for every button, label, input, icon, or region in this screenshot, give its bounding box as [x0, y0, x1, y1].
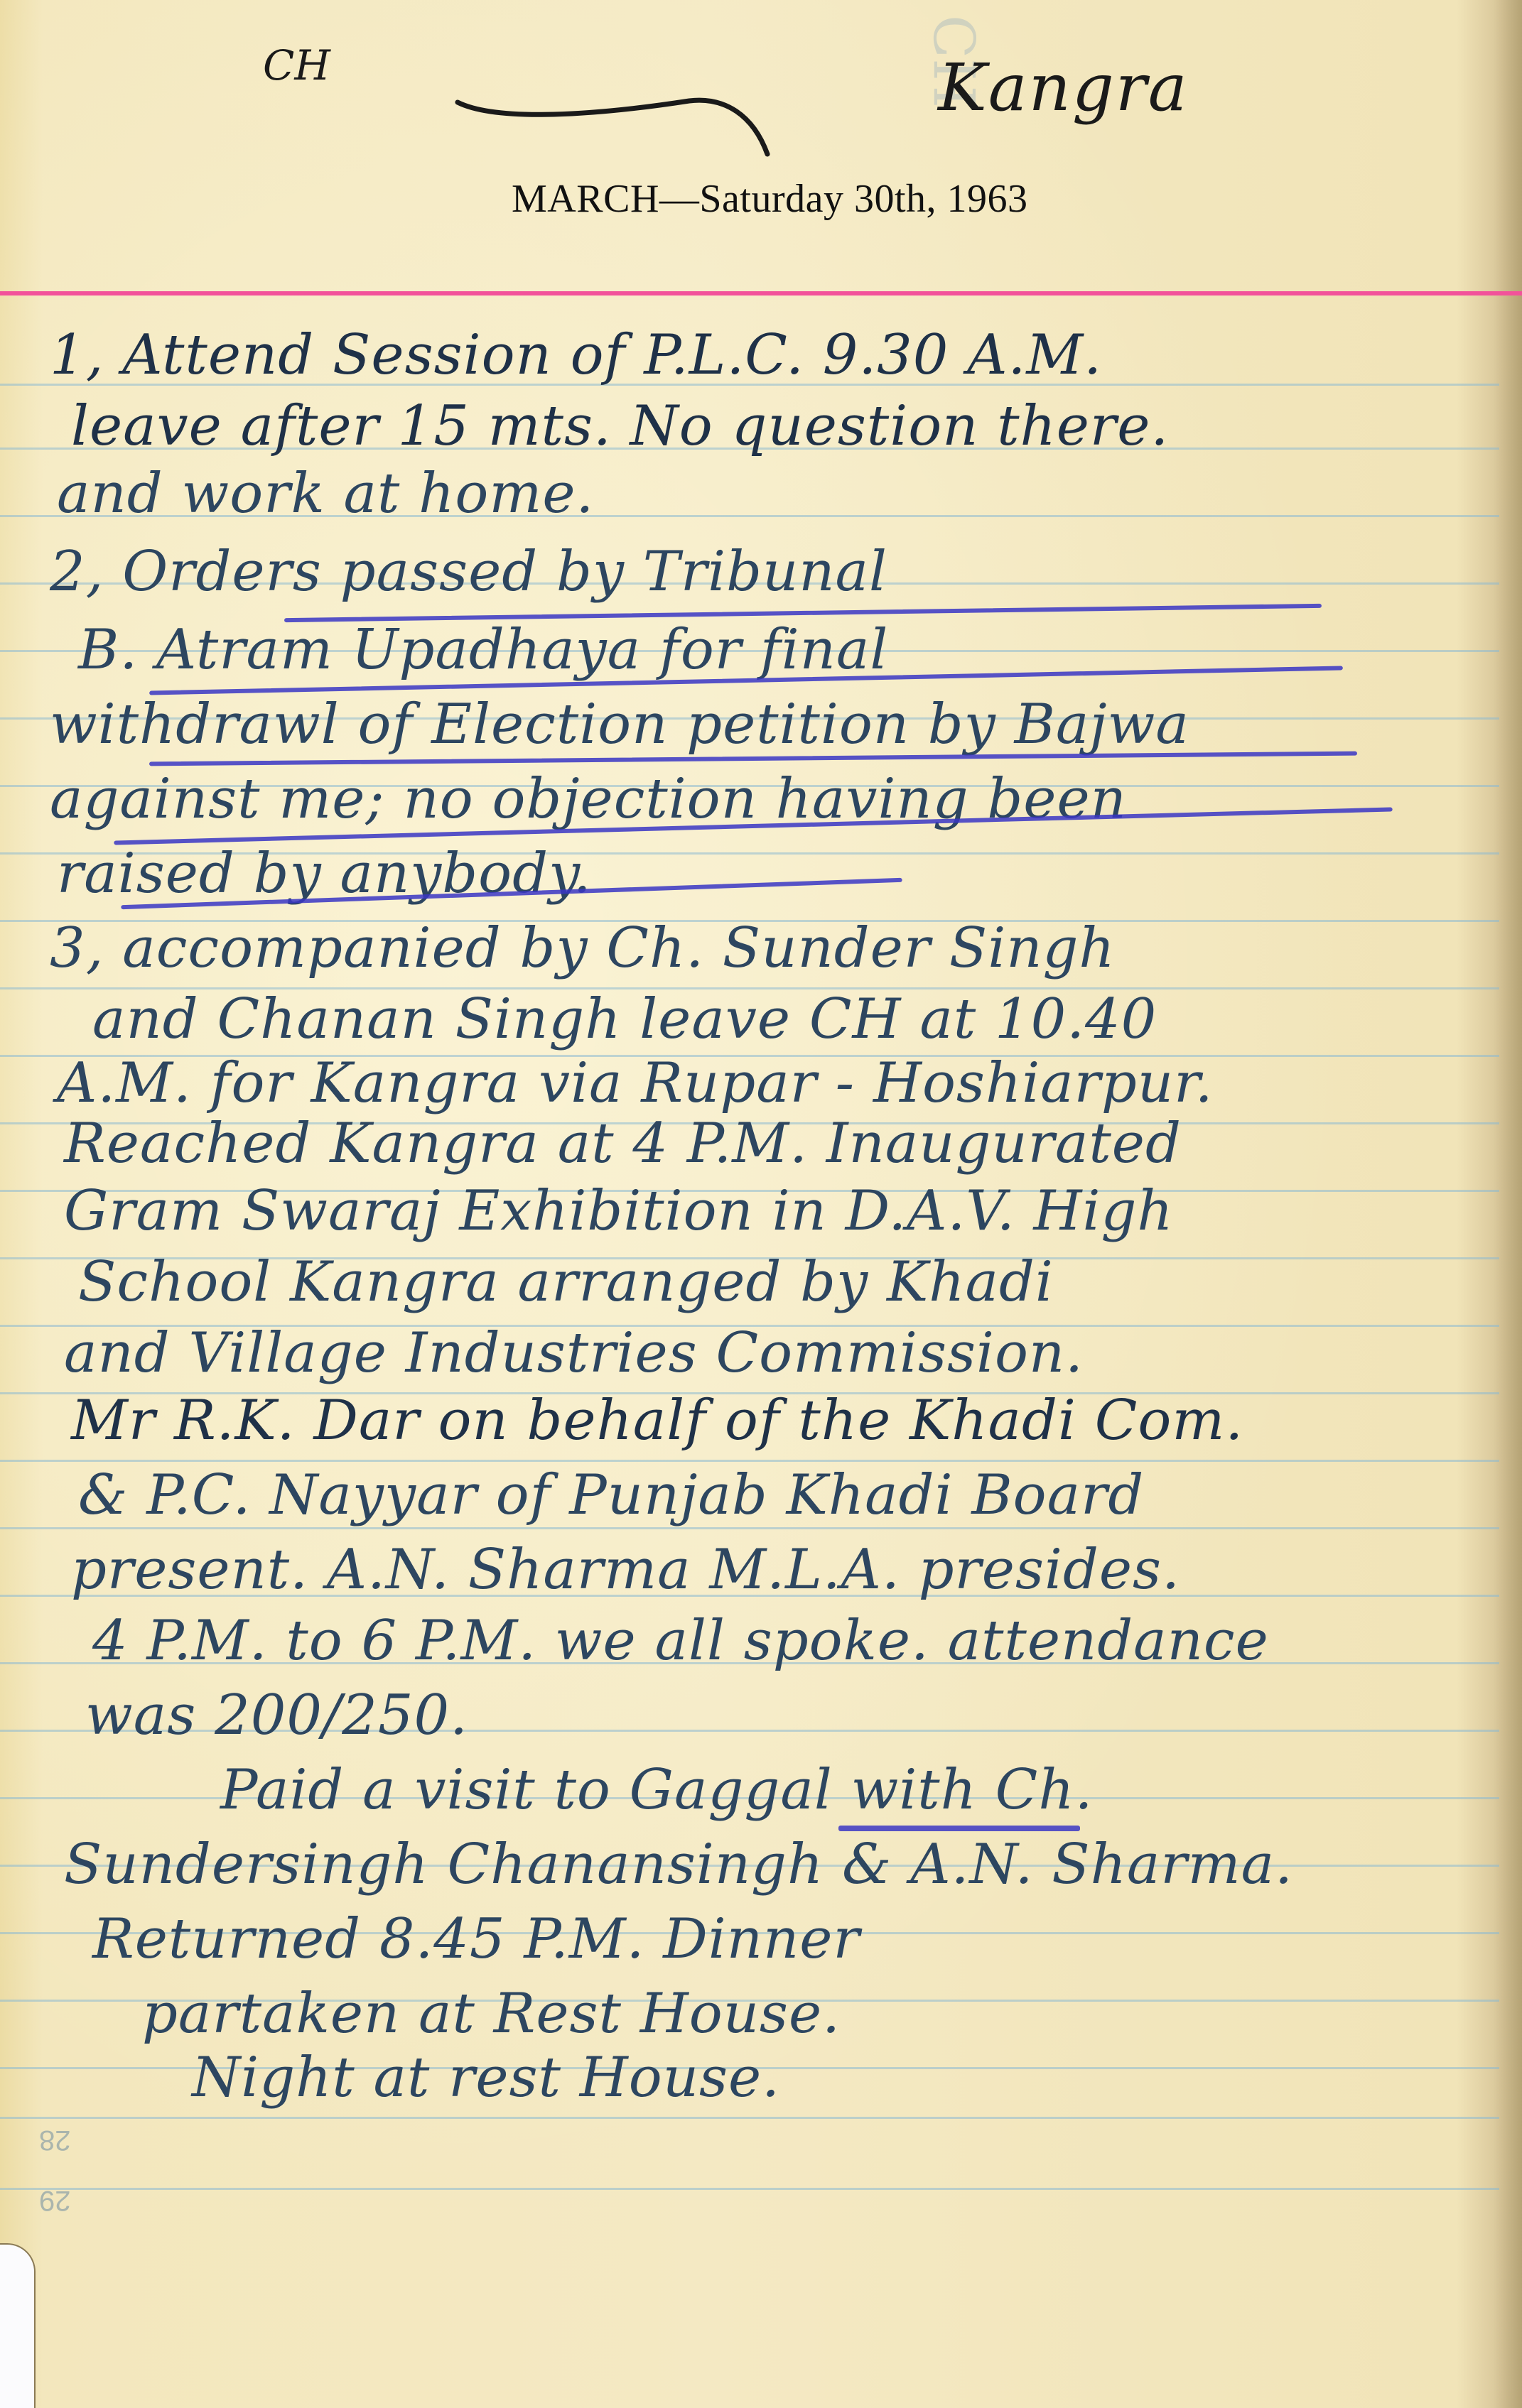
- blue-underline-gaggal: [838, 1826, 1080, 1831]
- ruled-line: [0, 2117, 1499, 2119]
- entry-line: Mr R.K. Dar on behalf of the Khadi Com.: [71, 1389, 1243, 1453]
- entry-line: withdrawl of Election petition by Bajwa: [50, 693, 1189, 756]
- entry-line: and work at home.: [57, 462, 594, 526]
- entry-line: School Kangra arranged by Khadi: [78, 1250, 1054, 1314]
- header-flourish: [455, 94, 782, 158]
- entry-line: & P.C. Nayyar of Punjab Khadi Board: [78, 1463, 1144, 1527]
- ruled-line: [0, 1460, 1499, 1462]
- entry-line: 4 P.M. to 6 P.M. we all spoke. attendanc…: [92, 1609, 1269, 1673]
- header-place: Kangra: [938, 50, 1189, 126]
- entry-line: and Chanan Singh leave CH at 10.40: [92, 987, 1157, 1051]
- entry-line: raised by anybody.: [57, 842, 592, 906]
- entry-line: Returned 8.45 P.M. Dinner: [92, 1907, 860, 1971]
- printed-date: MARCH—Saturday 30th, 1963: [512, 176, 1028, 222]
- entry-line: A.M. for Kangra via Rupar - Hoshiarpur.: [57, 1051, 1214, 1115]
- margin-number: 28: [39, 2124, 71, 2156]
- entry-line: and Village Industries Commission.: [64, 1321, 1084, 1385]
- header-left-mark: CH: [263, 41, 330, 90]
- margin-number: 29: [39, 2184, 71, 2216]
- entry-line: Reached Kangra at 4 P.M. Inaugurated: [64, 1112, 1182, 1176]
- diary-page: CH CH Kangra MARCH—Saturday 30th, 1963 1…: [0, 0, 1522, 2408]
- entry-line: Night at rest House.: [192, 2046, 780, 2110]
- page-cutout-notch: [0, 2243, 36, 2408]
- entry-line: Sundersingh Chanansingh & A.N. Sharma.: [64, 1833, 1293, 1897]
- entry-line: 2, Orders passed by Tribunal: [50, 540, 887, 604]
- ruled-line: [0, 1527, 1499, 1529]
- page-spine-shadow: [1494, 0, 1522, 2408]
- entry-line: Gram Swaraj Exhibition in D.A.V. High: [64, 1179, 1174, 1243]
- ruled-line: [0, 2188, 1499, 2190]
- entry-line: 3, accompanied by Ch. Sunder Singh: [50, 916, 1116, 980]
- entry-line: leave after 15 mts. No question there.: [71, 394, 1169, 458]
- entry-line: Paid a visit to Gaggal with Ch.: [220, 1758, 1093, 1822]
- entry-line: was 200/250.: [85, 1683, 468, 1747]
- entry-line: 1, Attend Session of P.L.C. 9.30 A.M.: [50, 323, 1102, 387]
- entry-line: partaken at Rest House.: [142, 1982, 841, 2046]
- entry-line: present. A.N. Sharma M.L.A. presides.: [71, 1538, 1180, 1602]
- entry-line: B. Atram Upadhaya for final: [78, 618, 888, 682]
- header-rule: [0, 291, 1522, 295]
